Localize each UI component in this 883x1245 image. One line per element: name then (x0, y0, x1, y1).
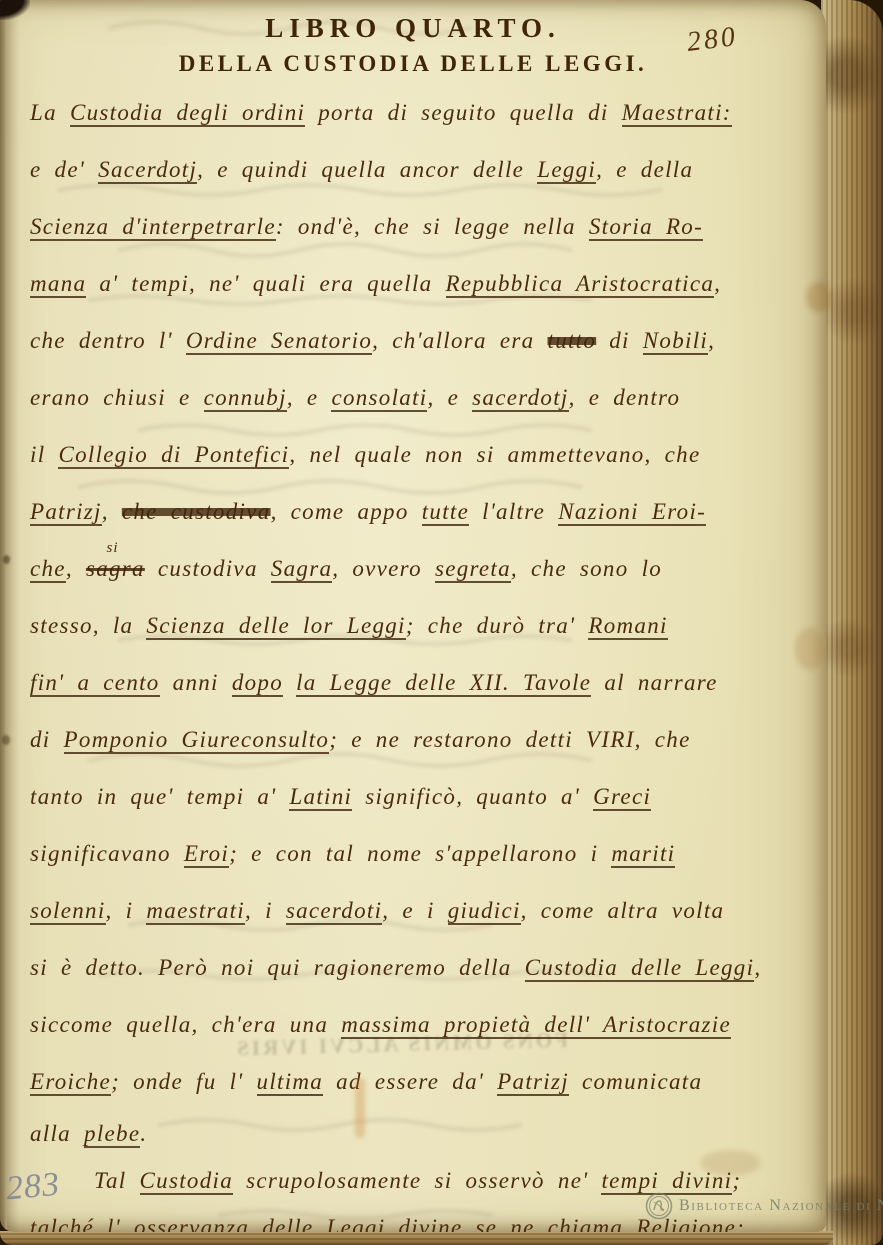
underlined-word: fin' a cento (30, 670, 160, 697)
word: ad essere da' (323, 1069, 497, 1094)
book-page-edge-bottom (0, 1231, 833, 1245)
underlined-word: Maestrati: (622, 100, 732, 127)
word: , e (427, 385, 472, 410)
underlined-word: Scienza d'interpetrarle (30, 214, 276, 241)
manuscript-line: che dentro l' Ordine Senatorio, ch'allor… (30, 312, 820, 369)
word: ; onde fu l' (111, 1069, 256, 1094)
word: , e della (596, 157, 693, 182)
manuscript-line: Eroiche; onde fu l' ultima ad essere da'… (30, 1053, 820, 1110)
word: a' tempi, ne' quali era quella (86, 271, 445, 296)
underlined-word: massima propietà dell' Aristocrazie (341, 1012, 731, 1039)
manuscript-line: il Collegio di Pontefici, nel quale non … (30, 426, 820, 483)
library-logo-icon (645, 1192, 673, 1220)
word: ; (732, 1168, 741, 1193)
word: Tal (94, 1168, 140, 1193)
underlined-word: Custodia (140, 1168, 233, 1195)
binding-gutter (0, 0, 20, 1232)
underlined-word: Storia Ro- (589, 214, 703, 241)
underlined-word: Patrizj (497, 1069, 569, 1096)
word: tanto in que' tempi a' (30, 784, 289, 809)
underlined-word: Eroiche (30, 1069, 111, 1096)
underlined-word: Sacerdotj (98, 157, 197, 184)
word: , (66, 556, 86, 581)
word: ; e con tal nome s'appellarono i (229, 841, 611, 866)
manuscript-line: significavano Eroi; e con tal nome s'app… (30, 825, 820, 882)
inserted-word-above: si (107, 541, 119, 556)
underlined-word: Custodia delle Leggi (525, 955, 755, 982)
manuscript-scan: FONS OMNIS ALCVI IVRIS LIBRO QUARTO. DEL… (0, 0, 883, 1245)
underlined-word: Custodia degli ordini (70, 100, 305, 127)
underlined-word: Pomponio Giureconsulto (64, 727, 330, 754)
struck-word: che custodiva (122, 499, 271, 524)
underlined-word: tutte (422, 499, 469, 526)
word: , ch'allora era (372, 328, 547, 353)
word: di (30, 727, 64, 752)
word: , nel quale non si ammettevano, che (289, 442, 700, 467)
word (283, 670, 296, 695)
underlined-word: connubj (204, 385, 287, 412)
underlined-word: Romani (588, 613, 667, 640)
underlined-word: Collegio di Pontefici (58, 442, 289, 469)
manuscript-paper: FONS OMNIS ALCVI IVRIS LIBRO QUARTO. DEL… (0, 0, 826, 1232)
manuscript-line: e de' Sacerdotj, e quindi quella ancor d… (30, 141, 820, 198)
word: si è detto. Però noi qui ragioneremo del… (30, 955, 525, 980)
underlined-word: Sagra (271, 556, 332, 583)
word: siccome quella, ch'era una (30, 1012, 341, 1037)
manuscript-line: La Custodia degli ordini porta di seguit… (30, 84, 820, 141)
word: significavano (30, 841, 184, 866)
underlined-word: Eroi (184, 841, 229, 868)
underlined-word: la Legge delle XII. Tavole (296, 670, 591, 697)
manuscript-line: che, sagrasi custodiva Sagra, ovvero seg… (30, 540, 820, 597)
word: porta di seguito quella di (305, 100, 621, 125)
word: custodiva (145, 556, 271, 581)
word: talché l' (30, 1215, 134, 1232)
folio-number-pencil: 283 (4, 1166, 61, 1209)
word: , ovvero (332, 556, 435, 581)
word: , e quindi quella ancor delle (197, 157, 537, 182)
underlined-word: che (30, 556, 66, 583)
manuscript-body: La Custodia degli ordini porta di seguit… (30, 84, 820, 1232)
word: , e dentro (569, 385, 681, 410)
underlined-word: Patrizj (30, 499, 102, 526)
word: scrupolosamente si osservò ne' (233, 1168, 601, 1193)
underlined-word: Scienza delle lor Leggi (146, 613, 405, 640)
word: , e (287, 385, 332, 410)
struck-word: sagrasi (86, 556, 145, 581)
underlined-word: sacerdoti (286, 898, 382, 925)
underlined-word: ultima (257, 1069, 324, 1096)
underlined-word: tempi divini (601, 1168, 732, 1195)
manuscript-line: solenni, i maestrati, i sacerdoti, e i g… (30, 882, 820, 939)
manuscript-line: fin' a cento anni dopo la Legge delle XI… (30, 654, 820, 711)
word: significò, quanto a' (352, 784, 593, 809)
struck-word: tutto (548, 328, 597, 353)
word: stesso, la (30, 613, 146, 638)
book-page-edge-right (821, 0, 883, 1245)
underlined-word: Repubblica Aristocratica (446, 271, 715, 298)
underlined-word: segreta (435, 556, 511, 583)
word: se ne chiama (462, 1215, 636, 1232)
manuscript-line: Scienza d'interpetrarle: ond'è, che si l… (30, 198, 820, 255)
underlined-word: Nobili (643, 328, 708, 355)
underlined-word: Ordine Senatorio (186, 328, 372, 355)
underlined-word: osservanza delle Leggi divine (134, 1215, 462, 1232)
word: , i (106, 898, 147, 923)
word: , (714, 271, 721, 296)
word: al narrare (591, 670, 717, 695)
word: il (30, 442, 58, 467)
underlined-word: Latini (289, 784, 352, 811)
word: La (30, 100, 70, 125)
underlined-word: mana (30, 271, 86, 298)
word: : ond'è, che si legge nella (276, 214, 589, 239)
word: ; che durò tra' (406, 613, 589, 638)
library-watermark: Biblioteca Nazionale di Napoli (645, 1192, 883, 1220)
word: , come appo (271, 499, 422, 524)
underlined-word: dopo (232, 670, 283, 697)
underlined-word: Greci (593, 784, 651, 811)
manuscript-line: alla plebe. (30, 1110, 820, 1157)
word: l'altre (469, 499, 558, 524)
library-watermark-text: Biblioteca Nazionale di Napoli (679, 1197, 883, 1215)
word: e de' (30, 157, 98, 182)
manuscript-line: si è detto. Però noi qui ragioneremo del… (30, 939, 820, 996)
manuscript-line: stesso, la Scienza delle lor Leggi; che … (30, 597, 820, 654)
manuscript-line: tanto in que' tempi a' Latini significò,… (30, 768, 820, 825)
manuscript-line: Patrizj, che custodiva, come appo tutte … (30, 483, 820, 540)
word: , come altra volta (521, 898, 725, 923)
word: ; e ne restarono detti VIRI, che (329, 727, 690, 752)
underlined-word: Leggi (537, 157, 596, 184)
underlined-word: maestrati (146, 898, 245, 925)
word: di (596, 328, 643, 353)
word: che dentro l' (30, 328, 186, 353)
word: alla (30, 1121, 84, 1146)
underlined-word: giudici (448, 898, 521, 925)
underlined-word: consolati (331, 385, 427, 412)
underlined-word: mariti (611, 841, 675, 868)
word: , e i (382, 898, 447, 923)
manuscript-line: mana a' tempi, ne' quali era quella Repu… (30, 255, 820, 312)
manuscript-line: di Pomponio Giureconsulto; e ne restaron… (30, 711, 820, 768)
underlined-word: plebe (84, 1121, 140, 1148)
word: anni (160, 670, 232, 695)
word: erano chiusi e (30, 385, 204, 410)
folio-number-ink: 280 (685, 21, 740, 59)
word: , che sono lo (511, 556, 662, 581)
word: comunicata (569, 1069, 702, 1094)
word: , (708, 328, 715, 353)
word: , i (245, 898, 286, 923)
underlined-word: sacerdotj (472, 385, 568, 412)
word: , (102, 499, 122, 524)
word: , (754, 955, 761, 980)
underlined-word: solenni (30, 898, 106, 925)
manuscript-line: erano chiusi e connubj, e consolati, e s… (30, 369, 820, 426)
manuscript-line: siccome quella, ch'era una massima propi… (30, 996, 820, 1053)
word: . (140, 1121, 147, 1146)
underlined-word: Nazioni Eroi- (558, 499, 706, 526)
